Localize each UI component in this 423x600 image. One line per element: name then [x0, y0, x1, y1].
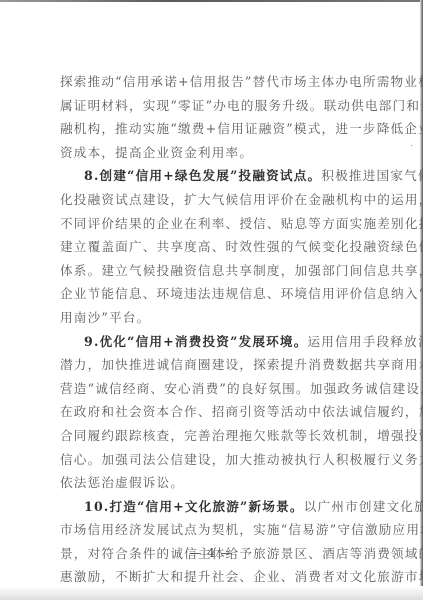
- text-run: 运用信用手段释放消费: [308, 334, 423, 349]
- text-line: 市场信用经济发展试点为契机，实施“信易游”守信激励应用场: [60, 518, 371, 542]
- section-10: 10.打造“信用+文化旅游”新场景。以广州市创建文化旅游 市场信用经济发展试点为…: [60, 495, 371, 589]
- scan-bottom-shadow: [0, 586, 423, 600]
- text-line: 信心。加强司法公信建设，加大推动被执行人积极履行义务力度，: [60, 448, 371, 472]
- section-8: 8.创建“信用+绿色发展”投融资试点。积极推进国家气候变 化投融资试点建设，扩大…: [60, 164, 371, 329]
- text-line: 属证明材料，实现“零证”办电的服务升级。联动供电部门和金: [60, 94, 371, 118]
- text-line: 企业节能信息、环境违法违规信息、环境信用评价信息纳入“信: [60, 282, 371, 306]
- document-page: 探索推动“信用承诺+信用报告”替代市场主体办电所需物业权 属证明材料，实现“零证…: [60, 70, 371, 589]
- text-line: 体系。建立气候投融资信息共享制度，加强部门间信息共享，将: [60, 259, 371, 283]
- section-9-heading: 9.优化“信用+消费投资”发展环境。: [84, 334, 308, 349]
- text-line: 在政府和社会资本合作、招商引资等活动中依法诚信履约，加强: [60, 400, 371, 424]
- text-line: 用南沙”平台。: [60, 306, 371, 330]
- section-10-heading: 10.打造“信用+文化旅游”新场景。: [84, 499, 304, 514]
- text-line: 探索推动“信用承诺+信用报告”替代市场主体办电所需物业权: [60, 70, 371, 94]
- scan-speck: [411, 428, 412, 429]
- text-line: 化投融资试点建设，扩大气候信用评价在金融机构中的运用，对: [60, 188, 371, 212]
- text-run: 积极推进国家气候变: [321, 168, 423, 183]
- scan-speck: [411, 455, 412, 456]
- text-line: 合同履约跟踪核查，完善治理拖欠账款等长效机制，增强投资者: [60, 424, 371, 448]
- text-line: 资成本，提高企业资金利用率。: [60, 141, 371, 165]
- page-number: — 4 —: [0, 546, 423, 560]
- scan-speck: [411, 122, 412, 123]
- text-line: 不同评价结果的企业在利率、授信、贴息等方面实施差别化措施，: [60, 212, 371, 236]
- text-line: 建立覆盖面广、共享度高、时效性强的气候变化投融资绿色信用: [60, 235, 371, 259]
- section-heading-line: 10.打造“信用+文化旅游”新场景。以广州市创建文化旅游: [60, 495, 371, 519]
- section-9: 9.优化“信用+消费投资”发展环境。运用信用手段释放消费 潜力，加快推进诚信商圈…: [60, 330, 371, 495]
- scan-speck: [411, 145, 412, 146]
- text-run: 以广州市创建文化旅游: [304, 499, 423, 514]
- text-line: 融机构，推动实施“缴费+信用证融资”模式，进一步降低企业融: [60, 117, 371, 141]
- text-line: 潜力，加快推进诚信商圈建设，探索提升消费数据共享商用水平，: [60, 353, 371, 377]
- section-heading-line: 9.优化“信用+消费投资”发展环境。运用信用手段释放消费: [60, 330, 371, 354]
- text-line: 依法惩治虚假诉讼。: [60, 471, 371, 495]
- text-line: 营造“诚信经商、安心消费”的良好氛围。加强政务诚信建设，: [60, 377, 371, 401]
- section-8-heading: 8.创建“信用+绿色发展”投融资试点。: [84, 168, 321, 183]
- scan-top-edge: [0, 0, 423, 2]
- paragraph-continued: 探索推动“信用承诺+信用报告”替代市场主体办电所需物业权 属证明材料，实现“零证…: [60, 70, 371, 164]
- section-heading-line: 8.创建“信用+绿色发展”投融资试点。积极推进国家气候变: [60, 164, 371, 188]
